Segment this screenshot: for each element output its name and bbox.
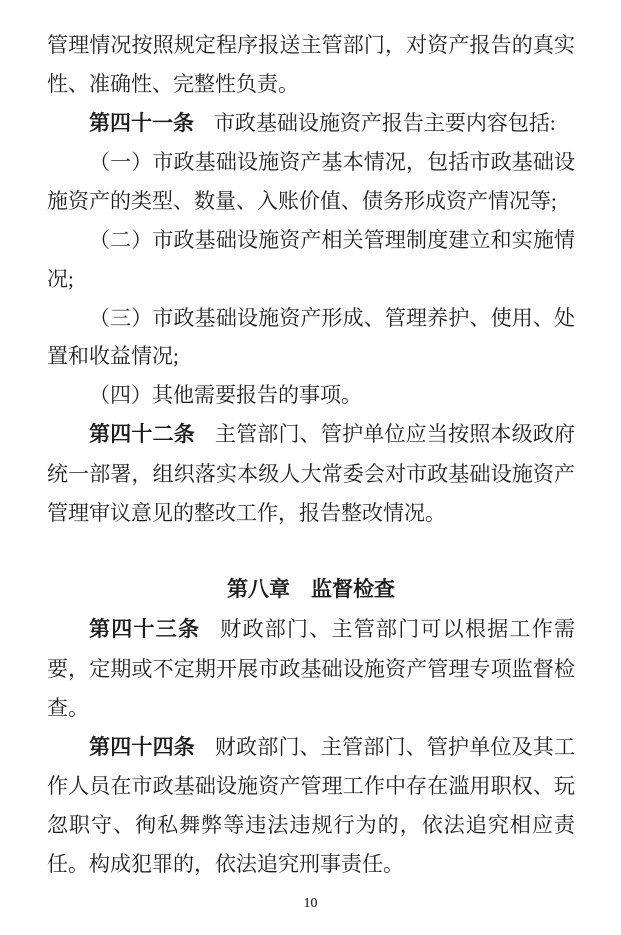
paragraph-article-42: 第四十二条主管部门、管护单位应当按照本级政府统一部署，组织落实本级人大常委会对市…	[47, 415, 575, 532]
document-page: 管理情况按照规定程序报送主管部门，对资产报告的真实性、准确性、完整性负责。 第四…	[0, 0, 621, 935]
paragraph-continuation: 管理情况按照规定程序报送主管部门，对资产报告的真实性、准确性、完整性负责。	[47, 26, 575, 104]
list-item-2: （二）市政基础设施资产相关管理制度建立和实施情况;	[47, 221, 575, 299]
article-41-text: 市政基础设施资产报告主要内容包括:	[214, 111, 556, 135]
document-body: 管理情况按照规定程序报送主管部门，对资产报告的真实性、准确性、完整性负责。 第四…	[47, 26, 575, 884]
chapter-heading: 第八章监督检查	[47, 571, 575, 610]
article-41-number: 第四十一条	[89, 112, 194, 135]
list-item-4: （四）其他需要报告的事项。	[47, 376, 575, 415]
chapter-number: 第八章	[227, 578, 290, 601]
article-44-number: 第四十四条	[89, 736, 195, 759]
chapter-title: 监督检查	[311, 578, 395, 601]
list-item-1: （一）市政基础设施资产基本情况，包括市政基础设施资产的类型、数量、入账价值、债务…	[47, 143, 575, 221]
paragraph-article-44: 第四十四条财政部门、主管部门、管护单位及其工作人员在市政基础设施资产管理工作中存…	[47, 728, 575, 884]
page-number: 10	[0, 895, 621, 913]
article-42-number: 第四十二条	[89, 423, 195, 446]
article-43-number: 第四十三条	[89, 618, 200, 641]
list-item-3: （三）市政基础设施资产形成、管理养护、使用、处置和收益情况;	[47, 299, 575, 377]
paragraph-article-43: 第四十三条财政部门、主管部门可以根据工作需要，定期或不定期开展市政基础设施资产管…	[47, 610, 575, 727]
paragraph-article-41: 第四十一条市政基础设施资产报告主要内容包括:	[47, 104, 575, 144]
